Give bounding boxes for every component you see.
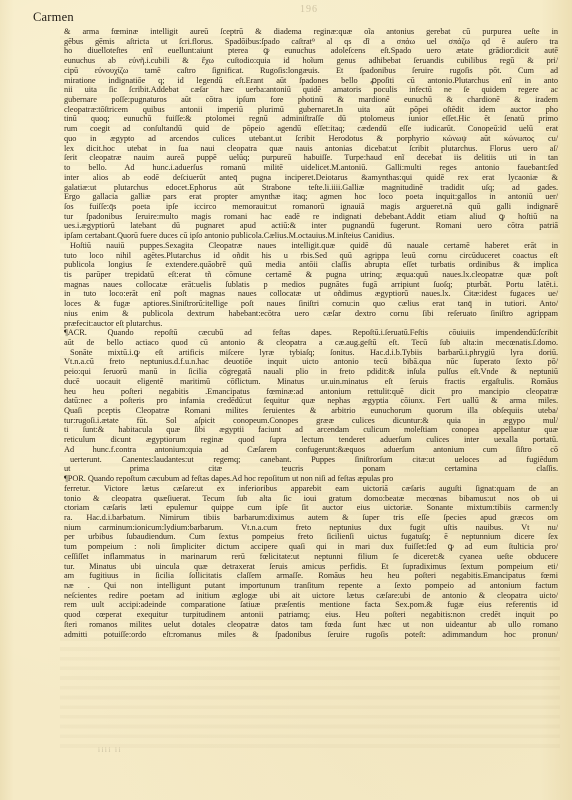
text-line: ra. Hac.d.i.barbatum. Nimirum tibiis bar… xyxy=(64,513,558,523)
text-line: magnas naues collocatæ erāt:uelis ſublat… xyxy=(64,280,558,290)
text-line: næ . Qui non intelligunt putant importun… xyxy=(64,581,558,591)
text-line: tis parūper trepidatū eſt:erat tñ cōmune… xyxy=(64,270,558,280)
text-line: Quaſi pceptis Cleopatræ Romani milites ſ… xyxy=(64,406,558,416)
commentary-text-block: & arma fœminæ intelligit aureū ſceptrū &… xyxy=(64,27,558,639)
text-line: tuto loco nihil agētes.Plutarchus id oñd… xyxy=(64,251,558,261)
text-line: admitti potuiſſe:ordo eſt:romanus miles … xyxy=(64,630,558,640)
text-line: Ergo gallacia galliæ pars erat propter a… xyxy=(64,192,558,202)
signature-mark: iiii ii xyxy=(98,746,122,754)
text-line: miratione indignatiōe q; id legendū eſt.… xyxy=(64,76,558,86)
folio-number: 196 xyxy=(300,4,318,15)
text-line: Vt.n.a.cū freto neptunius.d.f.u.n.hac de… xyxy=(64,357,558,367)
text-line: quo in ægypto ad arcendos culices uteban… xyxy=(64,134,558,144)
text-line: cleopatræ:tōſtricem quibus antonii imper… xyxy=(64,105,558,115)
text-line: rem uult accipi:adeinde comparatione ſat… xyxy=(64,600,558,610)
text-line: ipſam certabant.Quorū fuere duces cū ipſ… xyxy=(64,231,558,241)
text-line: quod cœperat exequitur turpitudinem anto… xyxy=(64,610,558,620)
text-line: gubernare poſſe:pugnaturos aūt cōtra ipſ… xyxy=(64,95,558,105)
text-line: ¶POR. Quando repoſtum cæcubum ad feſtas … xyxy=(64,474,558,484)
text-line: datū:nec a poſteris pro infamia credēdū:… xyxy=(64,396,558,406)
text-line: ut prima citæ teucris ponam certamina cl… xyxy=(64,464,558,474)
text-line: ¶ACR. Quando repoſtū cæcubū ad feſtas da… xyxy=(64,328,558,338)
text-line: & arma fœminæ intelligit aureū ſceptrū &… xyxy=(64,27,558,37)
text-line: Sonāte mixtū.i.ꝙ eſt artificis miſcere l… xyxy=(64,348,558,358)
text-line: ues.i.ægyptiorū latebant dū pugnaret apu… xyxy=(64,221,558,231)
text-line: tum pompeium : noli ſimpliciter dictum a… xyxy=(64,542,558,552)
text-line: ferretur. Victore lætus cæſare:ut ex inf… xyxy=(64,484,558,494)
text-line: tur:rugoſi.i.ætate fūt. Sol aſpicit cono… xyxy=(64,416,558,426)
text-line: gēbus gēmis aſtricta ut ſcri.florus. Spa… xyxy=(64,37,558,47)
text-line: ſteri romanos milites uelut dotales cleo… xyxy=(64,620,558,630)
text-line: am fugitiuus in ſicilia ſollicitatis cla… xyxy=(64,571,558,581)
text-line: heu heu poſteri negabitis .Emancipatus f… xyxy=(64,387,558,397)
text-line: tonio & cleopatra quæſiuerat. Tecum ſub … xyxy=(64,494,558,504)
text-line: Hoſtiū nauiū puppes.Sexagita Cleopatræ n… xyxy=(64,241,558,251)
text-line: ho diuelloteſtes enĩ euellunt:aiunt pter… xyxy=(64,46,558,56)
text-line: inter alios ab eodē deſciuerūt anteq̄ pu… xyxy=(64,173,558,183)
text-line: uerterunt. Canentes:laudantes:ut regemq;… xyxy=(64,455,558,465)
text-line: galatiæ:ut plutarchus edocet.Ephorus aūt… xyxy=(64,183,558,193)
text-line: nius enim & publicola dextrum habebant:e… xyxy=(64,309,558,319)
text-line: eunuchus ab εὐνῆ.i.cubili & ἔχω cuſtodio… xyxy=(64,56,558,66)
text-line: neſcientes redire poetam ad initium æglo… xyxy=(64,591,558,601)
text-line: ceſſiſſet inflammatus in marinarum rerū … xyxy=(64,552,558,562)
text-line: aūt de bello actiaco quod cū antonio & c… xyxy=(64,338,558,348)
text-line: peio:qui ſeruorū manū in ſicilia cōgrega… xyxy=(64,367,558,377)
text-line: cipū εὐνουχίζω tamē caſtro ſignificat. R… xyxy=(64,66,558,76)
text-line: tur ſpadonibus ſeruire:multo magis roman… xyxy=(64,212,558,222)
text-line: reticulum dicunt ægyptiorum reginæ quod … xyxy=(64,435,558,445)
text-line: publicola longius ſe extendere.quāobrē q… xyxy=(64,260,558,270)
text-line: ti ſunt:& habitacula quæ ſibi ægyptii fa… xyxy=(64,425,558,435)
running-head: Carmen xyxy=(33,10,74,25)
text-line: tinū quoq; eunuchū fuiſſe:& ptolomei reg… xyxy=(64,114,558,124)
text-line: loces & fugæ aptiores.Siniſtrorū:itellig… xyxy=(64,299,558,309)
text-line: in tuto loco:erāt enĩ poſt magnas naues … xyxy=(64,289,558,299)
text-line: ducē uocauit eligentē maritimū cōflictum… xyxy=(64,377,558,387)
text-line: to bello. Ad hunc.i.aduerſus romanū mili… xyxy=(64,163,558,173)
text-line: per urbibus ſubaudiendum. Cum ſextus pom… xyxy=(64,532,558,542)
text-line: rum coegit ad conſultandū quid de pōpeio… xyxy=(64,124,558,134)
text-line: ctoriam cæſaris læti epulemur quippe cum… xyxy=(64,503,558,513)
text-line: Ad hunc.f.contra antonium:quia ad Cæſare… xyxy=(64,445,558,455)
text-line: nium carminum:ionicum:lydium:barbarum. V… xyxy=(64,523,558,533)
text-line: tur. Minatus ubi uincula quæ detraxerat … xyxy=(64,562,558,572)
text-line: ſos fuiſſe:q̄s poeta ipſe iccirco memora… xyxy=(64,202,558,212)
text-line: præfecit:auctor eſt plutarchus. xyxy=(64,319,558,329)
text-line: lex dicit.hoc utebat in ſua naui cleopat… xyxy=(64,144,558,154)
text-line: nii uita ſic ſcribit.Addebat cæſar hæc u… xyxy=(64,85,558,95)
text-line: ſerit cleopatræ nauim aureā puppē uelūq;… xyxy=(64,153,558,163)
